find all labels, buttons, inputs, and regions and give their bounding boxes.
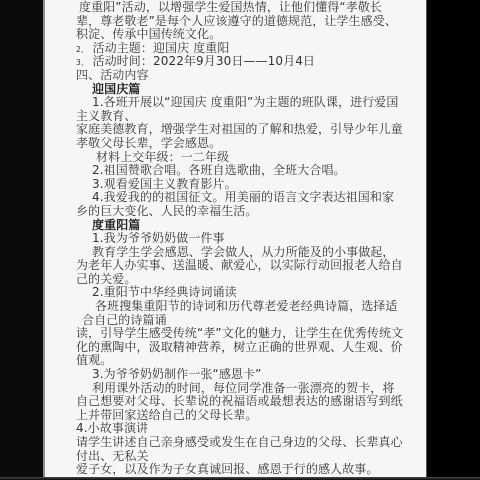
line-text: 4.我爱我的的祖国征文。用美丽的语言文字表达祖国和家 — [92, 190, 394, 204]
line-text: 己的关爱。 — [76, 272, 137, 286]
line-text: 读，引导学生感受传统“孝”文化的魅力，让学生在优秀传统文 — [76, 326, 403, 340]
line-text: 各班搜集重阳节的诗词和历代尊老爱老经典诗篇，选择适 — [95, 299, 398, 313]
text-line-23: 各班搜集重阳节的诗词和历代尊老爱老经典诗篇，选择适 — [76, 300, 422, 314]
text-line-35: 爱子女，以及作为子女真诚回报、感恩于行的感人故事。 — [76, 463, 422, 477]
text-line-18: 1.我为爷爷奶奶做一件事 — [76, 232, 422, 246]
line-text: 为老年人办实事、送温暖、献爱心，以实际行动回报老人给自 — [76, 258, 403, 272]
line-text: 值观。 — [76, 353, 112, 367]
screenshot-stage: 度重阳”活动，以增强学生爱国热情，让他们懂得“孝敬长辈，尊老敬老”是每个人应该遵… — [0, 0, 480, 480]
line-text: 化的熏陶中，汲取精神营养，树立正确的世界观、人生观、价 — [76, 340, 403, 354]
line-text: 上并带回家送给自己的父母长辈。 — [76, 408, 258, 422]
text-line-27: 值观。 — [76, 354, 422, 368]
line-text: 教育学生学会感恩、学会做人，从力所能及的小事做起， — [92, 245, 395, 259]
document-page: 度重阳”活动，以增强学生爱国热情，让他们懂得“孝敬长辈，尊老敬老”是每个人应该遵… — [43, 0, 427, 480]
text-line-13: 2.祖国赞歌合唱。各班自选歌曲，全班大合唱。 — [76, 164, 422, 178]
line-text: 四、活动内容 — [76, 68, 149, 82]
line-text: 积淀、传承中国传统文化。 — [76, 27, 221, 41]
small-list-number: 2、 — [76, 45, 88, 54]
text-line-1: 度重阳”活动，以增强学生爱国热情，让他们懂得“孝敬长 — [76, 1, 422, 15]
line-text: 合自己的诗篇诵 — [82, 313, 167, 327]
text-line-26: 化的熏陶中，汲取精神营养，树立正确的世界观、人生观、价 — [76, 341, 422, 355]
small-list-number: 3、 — [76, 58, 88, 67]
line-text: 请学生讲述自己亲身感受或发生在自己身边的父母、长辈真心 — [76, 435, 403, 449]
text-line-16: 乡的巨大变化、人民的幸福生活。 — [76, 205, 422, 219]
text-line-30: 自己想要对父母、长辈说的祝福语或最想表达的感谢语写到纸 — [76, 395, 422, 409]
line-text: 度重阳”活动，以增强学生爱国热情，让他们懂得“孝敬长 — [79, 0, 382, 14]
text-line-8: 1.各班开展以“迎国庆 度重阳”为主题的班队课，进行爱国 — [76, 96, 422, 110]
text-line-11: 孝敬父母长辈，学会感恩。 — [76, 137, 422, 151]
line-text: 3.为爷爷奶奶制作一张“感恩卡” — [92, 367, 261, 381]
text-line-28: 3.为爷爷奶奶制作一张“感恩卡” — [76, 368, 422, 382]
line-text: 3.观看爱国主义教育影片。 — [92, 177, 237, 191]
line-text: 孝敬父母长辈，学会感恩。 — [76, 136, 221, 150]
line-text: 爱子女，以及作为子女真诚回报、感恩于行的感人故事。 — [76, 462, 379, 476]
line-text: 2.祖国赞歌合唱。各班自选歌曲，全班大合唱。 — [92, 163, 346, 177]
text-line-5: 3、活动时间：2022年9月30日——10月4日 — [76, 55, 422, 69]
line-text: 材料上交年级：一二年级 — [96, 150, 229, 164]
line-text: 迎国庆篇 — [92, 82, 140, 96]
text-line-32: 4.小故事演讲 — [76, 422, 422, 436]
text-line-6: 四、活动内容 — [76, 69, 422, 83]
line-text: 1.各班开展以“迎国庆 度重阳”为主题的班队课，进行爱国 — [92, 95, 399, 109]
line-text: 付出、无私关 — [76, 449, 149, 463]
text-line-10: 家庭美德教育，增强学生对祖国的了解和热爱，引导少年儿童 — [76, 123, 422, 137]
line-text: 辈，尊老敬老”是每个人应该遵守的道德规范，让学生感受、 — [76, 14, 397, 28]
document-body: 度重阳”活动，以增强学生爱国热情，让他们懂得“孝敬长辈，尊老敬老”是每个人应该遵… — [45, 0, 426, 477]
line-text: 自己想要对父母、长辈说的祝福语或最想表达的感谢语写到纸 — [76, 394, 403, 408]
line-text: 2.重阳节中华经典诗词诵读 — [92, 285, 237, 299]
line-text: 1.我为爷爷奶奶做一件事 — [92, 231, 225, 245]
line-text: 家庭美德教育，增强学生对祖国的了解和热爱，引导少年儿童 — [76, 122, 403, 136]
line-text: 活动时间：2022年9月30日——10月4日 — [92, 54, 315, 68]
text-line-20: 为老年人办实事、送温暖、献爱心，以实际行动回报老人给自 — [76, 259, 422, 273]
line-text: 活动主题：迎国庆 度重阳 — [92, 41, 229, 55]
line-text: 4.小故事演讲 — [76, 421, 148, 435]
line-text: 乡的巨大变化、人民的幸福生活。 — [76, 204, 258, 218]
left-letterbox-bar — [0, 0, 43, 480]
text-line-3: 积淀、传承中国传统文化。 — [76, 28, 422, 42]
line-text: 利用课外活动的时间，每位同学准备一张漂亮的贺卡，将 — [92, 381, 395, 395]
text-line-33: 请学生讲述自己亲身感受或发生在自己身边的父母、长辈真心 — [76, 436, 422, 450]
line-text: 度重阳篇 — [92, 218, 140, 232]
line-text: 主义教育、 — [76, 109, 137, 123]
right-letterbox-bar — [427, 0, 480, 480]
text-line-25: 读，引导学生感受传统“孝”文化的魅力，让学生在优秀传统文 — [76, 327, 422, 341]
text-line-15: 4.我爱我的的祖国征文。用美丽的语言文字表达祖国和家 — [76, 191, 422, 205]
